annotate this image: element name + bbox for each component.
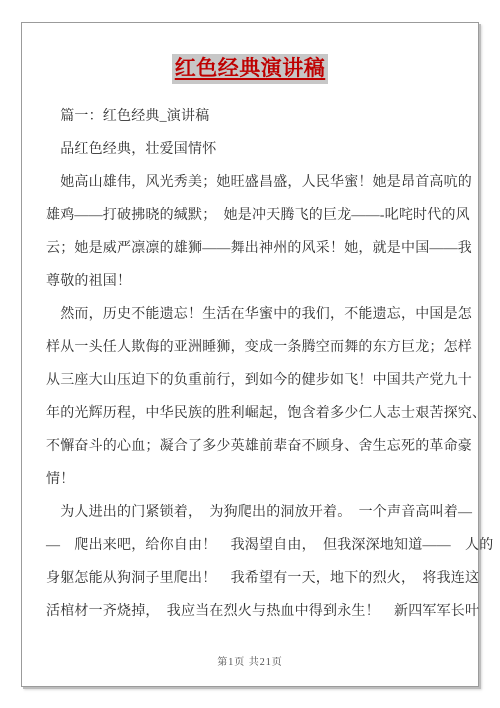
- text-line: 活棺材一齐烧掉， 我应当在烈火与热血中得到永生！ 新四军军长叶: [46, 595, 458, 628]
- text-line: 从三座大山压迫下的负重前行，到如今的健步如飞！中国共产党九十: [46, 364, 458, 397]
- page-title: 红色经典演讲稿: [172, 54, 329, 84]
- text-line: — 爬出来吧，给你自由！ 我渴望自由， 但我深深地知道—— 人的: [46, 529, 458, 562]
- page-number-footer: 第1页 共21页: [22, 653, 478, 668]
- text-line: 为人进出的门紧锁着， 为狗爬出的洞放开着。 一个声音高叫着—: [46, 496, 458, 529]
- text-line: 然而，历史不能遗忘！生活在华蜜中的我们，不能遗忘，中国是怎: [46, 298, 458, 331]
- text-line: 云；她是威严凛凛的雄狮——舞出神州的风采！她，就是中国——我: [46, 232, 458, 265]
- document-page: 红色经典演讲稿 篇一：红色经典_演讲稿 品红色经典，壮爱国情怀 她高山雄伟，风光…: [21, 22, 479, 687]
- text-line: 她高山雄伟，风光秀美；她旺盛昌盛，人民华蜜！她是昂首高吭的: [46, 166, 458, 199]
- text-line: 品红色经典，壮爱国情怀: [46, 133, 458, 166]
- text-line: 年的光辉历程，中华民族的胜利崛起，饱含着多少仁人志士艰苦探究、: [46, 397, 458, 430]
- text-line: 篇一：红色经典_演讲稿: [46, 100, 458, 133]
- title-row: 红色经典演讲稿: [22, 54, 478, 84]
- text-line: 尊敬的祖国！: [46, 265, 458, 298]
- text-line: 雄鸡——打破拂晓的缄默； 她是冲天腾飞的巨龙——-叱咤时代的风: [46, 199, 458, 232]
- text-line: 身躯怎能从狗洞子里爬出！ 我希望有一天，地下的烈火， 将我连这: [46, 562, 458, 595]
- text-line: 不懈奋斗的心血；凝合了多少英雄前辈奋不顾身、舍生忘死的革命豪: [46, 430, 458, 463]
- text-line: 样从一头任人欺侮的亚洲睡狮，变成一条腾空而舞的东方巨龙；怎样: [46, 331, 458, 364]
- document-body: 篇一：红色经典_演讲稿 品红色经典，壮爱国情怀 她高山雄伟，风光秀美；她旺盛昌盛…: [46, 100, 458, 628]
- text-line: 情！: [46, 463, 458, 496]
